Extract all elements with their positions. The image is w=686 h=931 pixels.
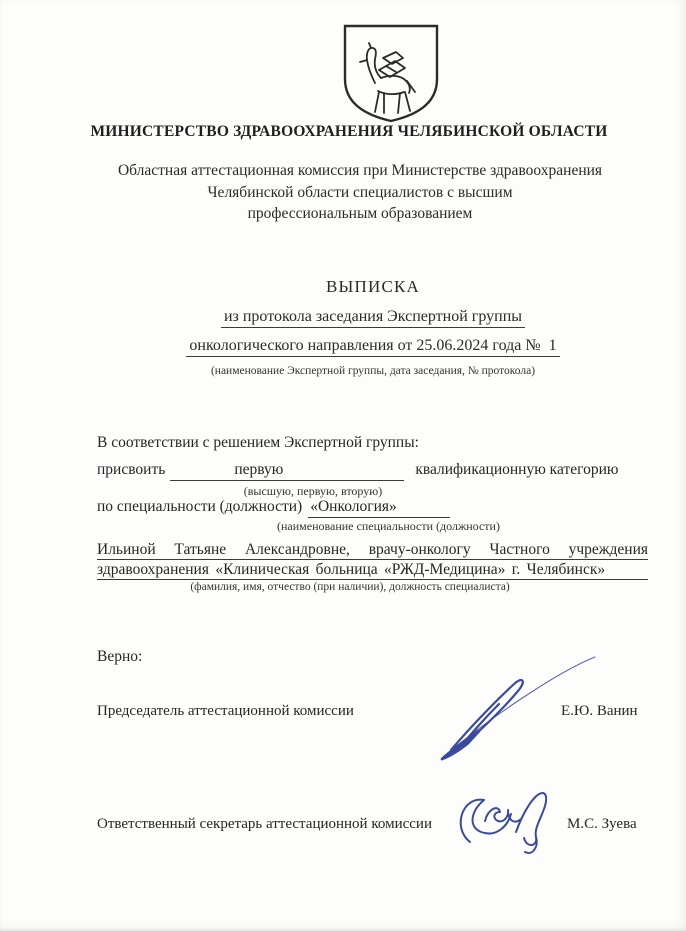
secretary-label: Ответственный секретарь аттестационной к…: [97, 816, 432, 833]
specialist-caption: (фамилия, имя, отчество (при наличии), д…: [60, 581, 640, 593]
specialty-line: по специальности (должности) «Онкология»: [97, 498, 646, 518]
secretary-signature-icon: [450, 768, 577, 865]
specialty-label: по специальности (должности): [97, 498, 302, 516]
assign-suffix: квалификационную категорию: [415, 461, 618, 479]
specialty-blank: «Онкология»: [308, 498, 450, 518]
assign-category-line: присвоить первую квалификационную катего…: [97, 461, 646, 481]
document-page: МИНИСТЕРСТВО ЗДРАВООХРАНЕНИЯ ЧЕЛЯБИНСКОЙ…: [0, 0, 686, 931]
assign-category-value: первую: [234, 461, 283, 478]
specialist-line-1: Ильиной Татьяне Александровне, врачу-онк…: [97, 540, 648, 560]
specialty-caption: (наименование специальности (должности): [277, 519, 537, 534]
chairman-label: Председатель аттестационной комиссии: [97, 703, 354, 720]
commission-line-2: Челябинской области специалистов с высши…: [34, 182, 686, 204]
ministry-title: МИНИСТЕРСТВО ЗДРАВООХРАНЕНИЯ ЧЕЛЯБИНСКОЙ…: [12, 123, 686, 141]
commission-line-1: Областная аттестационная комиссия при Ми…: [34, 160, 686, 182]
assign-category-blank: первую: [170, 461, 404, 481]
assign-caption: (высшую, первую, вторую): [193, 484, 433, 499]
assign-label: присвоить: [97, 461, 165, 479]
protocol-line-1: из протокола заседания Экспертной группы: [60, 308, 686, 328]
verified-label: Верно:: [97, 648, 297, 666]
commission-name: Областная аттестационная комиссия при Ми…: [34, 160, 686, 225]
secretary-name: М.С. Зуева: [567, 816, 637, 833]
protocol-line-2: онкологического направления от 25.06.202…: [60, 337, 686, 357]
protocol-line-1-text: из протокола заседания Экспертной группы: [221, 308, 525, 328]
specialty-value: «Онкология»: [310, 498, 397, 515]
protocol-line-2-text: онкологического направления от 25.06.202…: [186, 337, 559, 357]
chairman-name: Е.Ю. Ванин: [561, 703, 638, 720]
specialist-block: Ильиной Татьяне Александровне, врачу-онк…: [97, 540, 648, 580]
document-type-heading: ВЫПИСКА: [60, 277, 686, 297]
decision-intro: В соответствии с решением Экспертной гру…: [97, 434, 657, 452]
commission-line-3: профессиональным образованием: [34, 203, 686, 225]
specialist-line-2: здравоохранения «Клиническая больница «Р…: [97, 560, 648, 580]
chelyabinsk-coat-of-arms-icon: [337, 21, 445, 126]
protocol-caption: (наименование Экспертной группы, дата за…: [60, 365, 686, 377]
